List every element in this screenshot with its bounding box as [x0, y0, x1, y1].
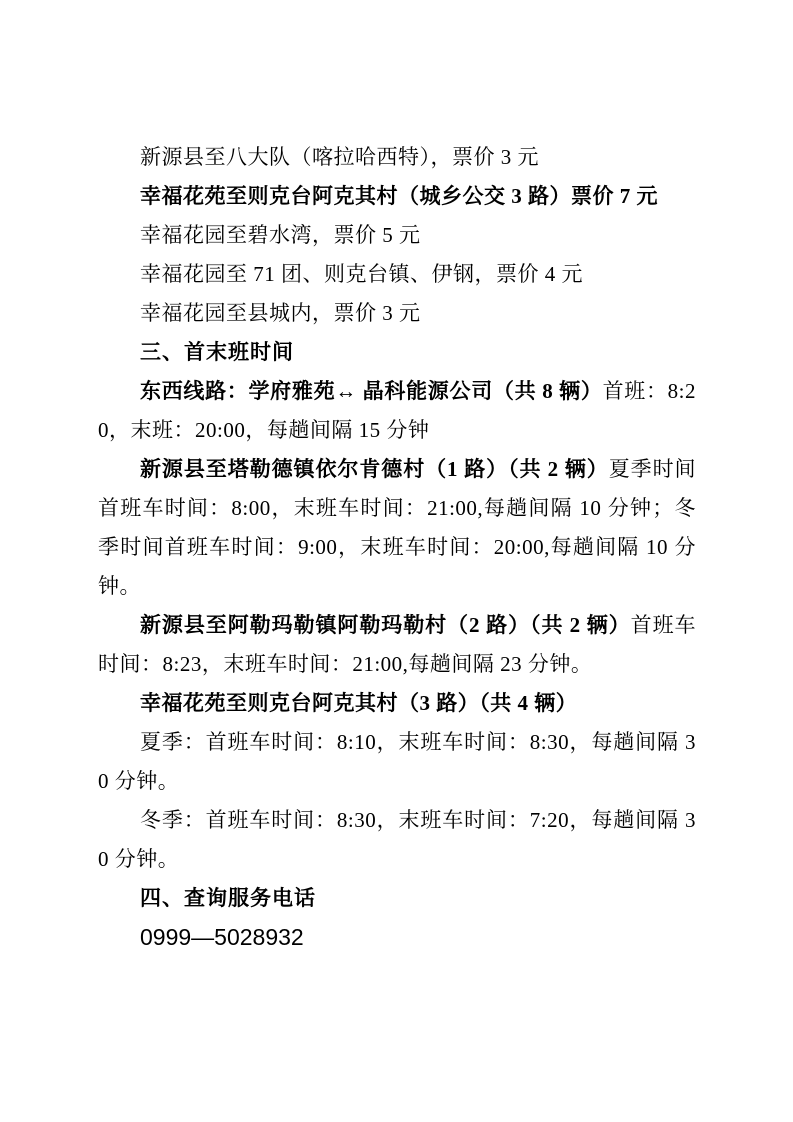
route-times-summer: 夏季：首班车时间：8:10，末班车时间：8:30，每趟间隔 30 分钟。: [98, 730, 696, 793]
route-name: 幸福花苑至则克台阿克其村（3 路）（共 4 辆）: [140, 691, 577, 715]
service-phone-line: 0999—5028932: [98, 918, 696, 958]
route-times-winter: 冬季：首班车时间：8:30，末班车时间：7:20，每趟间隔 30 分钟。: [98, 808, 696, 871]
document-content: 新源县至八大队（喀拉哈西特），票价 3 元 幸福花苑至则克台阿克其村（城乡公交 …: [98, 138, 696, 958]
fare-line-bishuiwan: 幸福花园至碧水湾，票价 5 元: [98, 216, 696, 255]
route-name: 东西线路：学府雅苑↔ 晶科能源公司（共 8 辆）: [140, 379, 603, 403]
schedule-east-west: 东西线路：学府雅苑↔ 晶科能源公司（共 8 辆）首班：8:20，末班：20:00…: [98, 372, 696, 450]
schedule-route-3: 幸福花苑至则克台阿克其村（3 路）（共 4 辆）: [98, 684, 696, 723]
fare-text: 幸福花园至 71 团、则克台镇、伊钢，票价 4 元: [140, 262, 583, 286]
section4-heading: 四、查询服务电话: [98, 879, 696, 918]
schedule-route-3-winter: 冬季：首班车时间：8:30，末班车时间：7:20，每趟间隔 30 分钟。: [98, 801, 696, 879]
fare-line-71tuan: 幸福花园至 71 团、则克台镇、伊钢，票价 4 元: [98, 255, 696, 294]
section3-heading: 三、首末班时间: [98, 333, 696, 372]
fare-text: 新源县至八大队（喀拉哈西特），票价 3 元: [140, 145, 539, 169]
section4-heading-text: 四、查询服务电话: [140, 887, 316, 910]
service-phone-number: 0999—5028932: [140, 924, 304, 950]
fare-line-badadui: 新源县至八大队（喀拉哈西特），票价 3 元: [98, 138, 696, 177]
fare-line-xianchengnei: 幸福花园至县城内，票价 3 元: [98, 294, 696, 333]
fare-text-bold: 幸福花苑至则克台阿克其村（城乡公交 3 路）票价 7 元: [140, 184, 658, 208]
route-name: 新源县至塔勒德镇依尔肯德村（1 路）（共 2 辆）: [140, 457, 609, 481]
schedule-route-3-summer: 夏季：首班车时间：8:10，末班车时间：8:30，每趟间隔 30 分钟。: [98, 723, 696, 801]
section3-heading-text: 三、首末班时间: [140, 341, 294, 364]
fare-text: 幸福花园至县城内，票价 3 元: [140, 301, 421, 325]
route-name: 新源县至阿勒玛勒镇阿勒玛勒村（2 路）（共 2 辆）: [140, 613, 631, 637]
schedule-route-2: 新源县至阿勒玛勒镇阿勒玛勒村（2 路）（共 2 辆）首班车时间：8:23，末班车…: [98, 606, 696, 684]
fare-line-xingfuhuayuan-zeketai: 幸福花苑至则克台阿克其村（城乡公交 3 路）票价 7 元: [98, 177, 696, 216]
schedule-route-1: 新源县至塔勒德镇依尔肯德村（1 路）（共 2 辆）夏季时间首班车时间：8:00，…: [98, 450, 696, 606]
fare-text: 幸福花园至碧水湾，票价 5 元: [140, 223, 421, 247]
document-page: 新源县至八大队（喀拉哈西特），票价 3 元 幸福花苑至则克台阿克其村（城乡公交 …: [0, 0, 793, 1122]
